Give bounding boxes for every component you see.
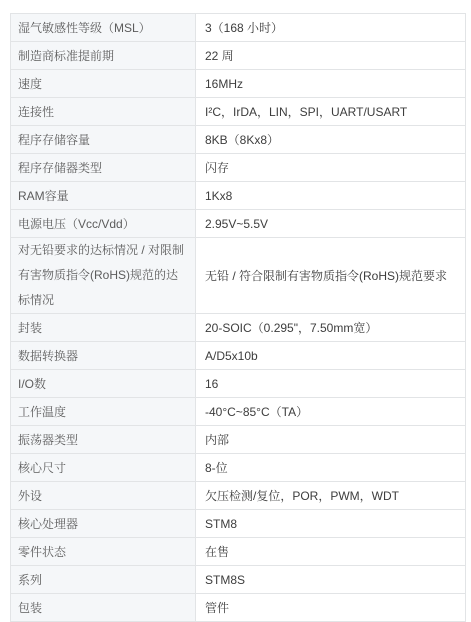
spec-label: 封装 [11,314,196,342]
spec-label: 程序存储器类型 [11,154,196,182]
spec-label: 包装 [11,594,196,622]
spec-table-container: 湿气敏感性等级（MSL） 3（168 小时） 制造商标准提前期 22 周 速度 … [10,13,466,621]
spec-value: 22 周 [196,42,466,70]
spec-value: I²C，IrDA，LIN，SPI，UART/USART [196,98,466,126]
table-row: I/O数 16 [11,370,466,398]
spec-value: 8KB（8Kx8） [196,126,466,154]
spec-value: -40°C~85°C（TA） [196,398,466,426]
table-row: 湿气敏感性等级（MSL） 3（168 小时） [11,14,466,42]
spec-label: 核心尺寸 [11,454,196,482]
spec-value: 2.95V~5.5V [196,210,466,238]
spec-label: 制造商标准提前期 [11,42,196,70]
spec-value: 欠压检测/复位，POR，PWM，WDT [196,482,466,510]
table-row: 外设 欠压检测/复位，POR，PWM，WDT [11,482,466,510]
table-row: 核心处理器 STM8 [11,510,466,538]
table-row: 电源电压（Vcc/Vdd） 2.95V~5.5V [11,210,466,238]
spec-value: 管件 [196,594,466,622]
spec-table-body: 湿气敏感性等级（MSL） 3（168 小时） 制造商标准提前期 22 周 速度 … [11,14,466,622]
table-row: 数据转换器 A/D5x10b [11,342,466,370]
table-row: 系列 STM8S [11,566,466,594]
spec-value: 16 [196,370,466,398]
table-row: RAM容量 1Kx8 [11,182,466,210]
table-row: 振荡器类型 内部 [11,426,466,454]
table-row: 包装 管件 [11,594,466,622]
spec-table: 湿气敏感性等级（MSL） 3（168 小时） 制造商标准提前期 22 周 速度 … [10,13,466,621]
table-row: 制造商标准提前期 22 周 [11,42,466,70]
spec-label: 零件状态 [11,538,196,566]
spec-value: 20-SOIC（0.295"，7.50mm宽） [196,314,466,342]
table-row: 零件状态 在售 [11,538,466,566]
spec-value: A/D5x10b [196,342,466,370]
spec-label: 对无铅要求的达标情况 / 对限制有害物质指令(RoHS)规范的达标情况 [11,238,196,314]
spec-label: 系列 [11,566,196,594]
table-row: 对无铅要求的达标情况 / 对限制有害物质指令(RoHS)规范的达标情况 无铅 /… [11,238,466,314]
spec-label: 工作温度 [11,398,196,426]
spec-label: 外设 [11,482,196,510]
table-row: 核心尺寸 8-位 [11,454,466,482]
table-row: 连接性 I²C，IrDA，LIN，SPI，UART/USART [11,98,466,126]
table-row: 程序存储容量 8KB（8Kx8） [11,126,466,154]
spec-label: 湿气敏感性等级（MSL） [11,14,196,42]
spec-label: 核心处理器 [11,510,196,538]
spec-label: 振荡器类型 [11,426,196,454]
table-row: 程序存储器类型 闪存 [11,154,466,182]
spec-value: 1Kx8 [196,182,466,210]
spec-value: 3（168 小时） [196,14,466,42]
spec-value: 16MHz [196,70,466,98]
spec-value: 闪存 [196,154,466,182]
spec-label: RAM容量 [11,182,196,210]
table-row: 工作温度 -40°C~85°C（TA） [11,398,466,426]
spec-value: 内部 [196,426,466,454]
spec-label: 程序存储容量 [11,126,196,154]
spec-value: 在售 [196,538,466,566]
spec-value: 8-位 [196,454,466,482]
spec-label: 数据转换器 [11,342,196,370]
spec-value: STM8 [196,510,466,538]
spec-label: I/O数 [11,370,196,398]
spec-value: STM8S [196,566,466,594]
spec-label: 电源电压（Vcc/Vdd） [11,210,196,238]
table-row: 速度 16MHz [11,70,466,98]
spec-label: 连接性 [11,98,196,126]
spec-value: 无铅 / 符合限制有害物质指令(RoHS)规范要求 [196,238,466,314]
spec-label: 速度 [11,70,196,98]
table-row: 封装 20-SOIC（0.295"，7.50mm宽） [11,314,466,342]
